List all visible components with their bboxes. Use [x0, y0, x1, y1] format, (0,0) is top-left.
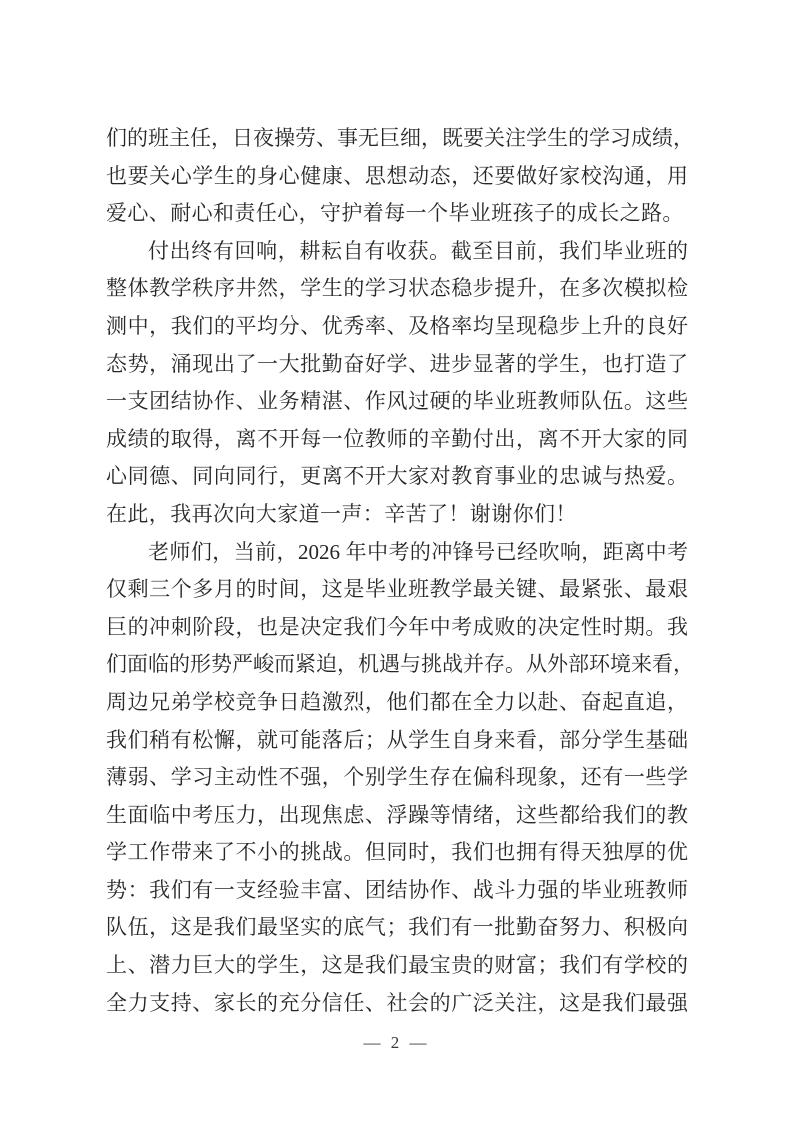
text-line: 周边兄弟学校竞争日趋激烈，他们都在全力以赴、奋起直追，: [106, 684, 688, 722]
text-line: 一支团结协作、业务精湛、作风过硬的毕业班教师队伍。这些: [106, 383, 688, 421]
text-line: 我们稍有松懈，就可能落后；从学生自身来看，部分学生基础: [106, 722, 688, 760]
paragraph: 们的班主任，日夜操劳、事无巨细，既要关注学生的学习成绩， 也要关心学生的身心健康…: [106, 120, 688, 233]
text-line: 们面临的形势严峻而紧迫，机遇与挑战并存。从外部环境来看，: [106, 646, 688, 684]
document-body: 们的班主任，日夜操劳、事无巨细，既要关注学生的学习成绩， 也要关心学生的身心健康…: [106, 120, 688, 1022]
text-line: 全力支持、家长的充分信任、社会的广泛关注，这是我们最强: [106, 985, 688, 1023]
text-line: 也要关心学生的身心健康、思想动态，还要做好家校沟通，用: [106, 158, 688, 196]
text-line: 仅剩三个多月的时间，这是毕业班教学最关键、最紧张、最艰: [106, 571, 688, 609]
document-page: 们的班主任，日夜操劳、事无巨细，既要关注学生的学习成绩， 也要关心学生的身心健康…: [0, 0, 793, 1122]
text-line: 老师们，当前，2026 年中考的冲锋号已经吹响，距离中考: [106, 534, 688, 572]
paragraph: 老师们，当前，2026 年中考的冲锋号已经吹响，距离中考 仅剩三个多月的时间，这…: [106, 534, 688, 1023]
text-line: 付出终有回响，耕耘自有收获。截至目前，我们毕业班的: [106, 233, 688, 271]
text-line: 生面临中考压力，出现焦虑、浮躁等情绪，这些都给我们的教: [106, 797, 688, 835]
text-line: 队伍，这是我们最坚实的底气；我们有一批勤奋努力、积极向: [106, 909, 688, 947]
text-line: 们的班主任，日夜操劳、事无巨细，既要关注学生的学习成绩，: [106, 120, 688, 158]
text-line: 薄弱、学习主动性不强，个别学生存在偏科现象，还有一些学: [106, 759, 688, 797]
text-line: 巨的冲刺阶段，也是决定我们今年中考成败的决定性时期。我: [106, 609, 688, 647]
text-line: 心同德、同向同行，更离不开大家对教育事业的忠诚与热爱。: [106, 458, 688, 496]
page-number: — 2 —: [0, 1033, 793, 1053]
text-line: 学工作带来了不小的挑战。但同时，我们也拥有得天独厚的优: [106, 834, 688, 872]
paragraph: 付出终有回响，耕耘自有收获。截至目前，我们毕业班的 整体教学秩序井然，学生的学习…: [106, 233, 688, 534]
text-line: 上、潜力巨大的学生，这是我们最宝贵的财富；我们有学校的: [106, 947, 688, 985]
text-line: 态势，涌现出了一大批勤奋好学、进步显著的学生，也打造了: [106, 346, 688, 384]
text-line: 整体教学秩序井然，学生的学习状态稳步提升，在多次模拟检: [106, 270, 688, 308]
text-line: 测中，我们的平均分、优秀率、及格率均呈现稳步上升的良好: [106, 308, 688, 346]
text-line: 势：我们有一支经验丰富、团结协作、战斗力强的毕业班教师: [106, 872, 688, 910]
text-line: 在此，我再次向大家道一声：辛苦了！谢谢你们！: [106, 496, 688, 534]
text-line: 爱心、耐心和责任心，守护着每一个毕业班孩子的成长之路。: [106, 195, 688, 233]
text-line: 成绩的取得，离不开每一位教师的辛勤付出，离不开大家的同: [106, 421, 688, 459]
